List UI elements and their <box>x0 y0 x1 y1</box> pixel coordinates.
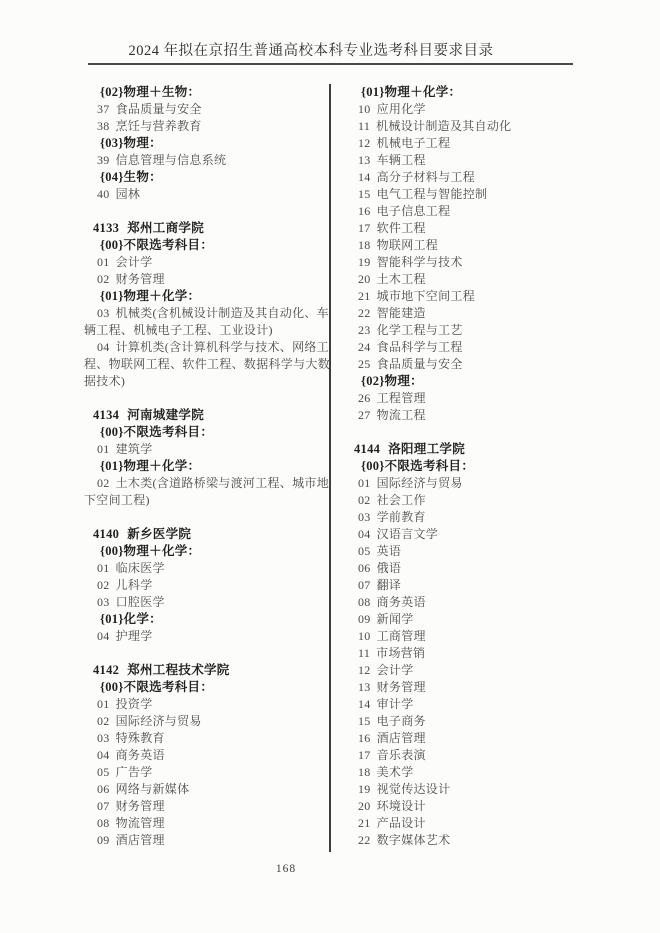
major-line: 01临床医学 <box>84 560 330 577</box>
major-line: 13车辆工程 <box>345 152 573 169</box>
major-line: 03口腔医学 <box>84 594 330 611</box>
major-name: 财务管理 <box>116 799 165 813</box>
major-code: 01 <box>358 476 371 490</box>
major-code: 02 <box>97 272 110 286</box>
major-code: 21 <box>358 289 371 303</box>
major-line: 15电子商务 <box>345 713 573 730</box>
major-code: 04 <box>97 629 110 643</box>
major-code: 40 <box>97 187 110 201</box>
subject-requirement-header: {03}物理： <box>84 135 330 152</box>
major-code: 08 <box>358 595 371 609</box>
major-line: 18美术学 <box>345 764 573 781</box>
major-line: 20环境设计 <box>345 798 573 815</box>
right-column: {01}物理＋化学：10应用化学11机械设计制造及其自动化12机械电子工程13车… <box>345 84 573 849</box>
major-line: 02财务管理 <box>84 271 330 288</box>
major-line: 22数字媒体艺术 <box>345 832 573 849</box>
university-name: 郑州工程技术学院 <box>127 663 229 677</box>
major-line: 05英语 <box>345 543 573 560</box>
major-code: 11 <box>358 646 370 660</box>
major-code: 10 <box>358 102 371 116</box>
major-line: 25食品质量与安全 <box>345 356 573 373</box>
major-code: 18 <box>358 765 371 779</box>
major-name: 物流管理 <box>116 816 165 830</box>
subject-requirement-header: {00}不限选考科目： <box>84 679 330 696</box>
major-name: 会计学 <box>377 663 414 677</box>
major-line: 21产品设计 <box>345 815 573 832</box>
major-code: 04 <box>97 340 110 354</box>
subject-requirement-header: {01}物理＋化学： <box>84 288 330 305</box>
major-name: 土木工程 <box>377 272 426 286</box>
major-line: 04护理学 <box>84 628 330 645</box>
major-line: 01投资学 <box>84 696 330 713</box>
major-line: 07财务管理 <box>84 798 330 815</box>
major-name: 儿科学 <box>116 578 153 592</box>
major-name: 机械电子工程 <box>377 136 451 150</box>
major-code: 04 <box>358 527 371 541</box>
major-name: 财务管理 <box>377 680 426 694</box>
university-header: 4134河南城建学院 <box>84 407 330 424</box>
major-name: 食品质量与安全 <box>116 102 202 116</box>
major-code: 12 <box>358 663 371 677</box>
major-code: 09 <box>358 612 371 626</box>
major-code: 01 <box>97 561 110 575</box>
major-code: 14 <box>358 697 371 711</box>
major-code: 39 <box>97 153 110 167</box>
major-name: 酒店管理 <box>116 833 165 847</box>
major-code: 05 <box>97 765 110 779</box>
major-name: 汉语言文学 <box>377 527 439 541</box>
major-line: 37食品质量与安全 <box>84 101 330 118</box>
major-line: 15电气工程与智能控制 <box>345 186 573 203</box>
major-line: 39信息管理与信息系统 <box>84 152 330 169</box>
major-code: 01 <box>97 697 110 711</box>
major-name: 电子商务 <box>377 714 426 728</box>
major-code: 02 <box>97 476 110 490</box>
university-code: 4133 <box>93 221 119 235</box>
subject-requirement-header: {00}不限选考科目： <box>345 458 573 475</box>
major-code: 13 <box>358 680 371 694</box>
major-line: 24食品科学与工程 <box>345 339 573 356</box>
major-name: 机械设计制造及其自动化 <box>376 119 511 133</box>
university-code: 4140 <box>93 527 119 541</box>
major-name: 特殊教育 <box>116 731 165 745</box>
major-line: 07翻译 <box>345 577 573 594</box>
major-code: 03 <box>358 510 371 524</box>
major-name: 物联网工程 <box>377 238 439 252</box>
major-line: 14审计学 <box>345 696 573 713</box>
major-line: 18物联网工程 <box>345 237 573 254</box>
major-name: 烹饪与营养教育 <box>116 119 202 133</box>
major-name: 口腔医学 <box>116 595 165 609</box>
major-code: 24 <box>358 340 371 354</box>
major-name: 信息管理与信息系统 <box>116 153 227 167</box>
university-header: 4144洛阳理工学院 <box>345 441 573 458</box>
major-code: 07 <box>358 578 371 592</box>
major-name: 视觉传达设计 <box>377 782 451 796</box>
major-line: 03机械类(含机械设计制造及其自动化、车辆工程、机械电子工程、工业设计) <box>84 305 330 339</box>
university-name: 洛阳理工学院 <box>388 442 465 456</box>
major-code: 23 <box>358 323 371 337</box>
major-line: 10工商管理 <box>345 628 573 645</box>
major-code: 02 <box>97 578 110 592</box>
major-line: 23化学工程与工艺 <box>345 322 573 339</box>
major-code: 14 <box>358 170 371 184</box>
major-code: 08 <box>97 816 110 830</box>
major-code: 06 <box>358 561 371 575</box>
major-code: 27 <box>358 408 371 422</box>
page-title: 2024 年拟在京招生普通高校本科专业选考科目要求目录 <box>0 39 622 60</box>
subject-requirement-header: {01}物理＋化学： <box>345 84 573 101</box>
major-code: 26 <box>358 391 371 405</box>
university-name: 河南城建学院 <box>127 408 204 422</box>
major-name: 电子信息工程 <box>377 204 451 218</box>
major-code: 06 <box>97 782 110 796</box>
major-name: 投资学 <box>116 697 153 711</box>
major-code: 15 <box>358 714 371 728</box>
major-line: 20土木工程 <box>345 271 573 288</box>
major-name: 临床医学 <box>116 561 165 575</box>
major-code: 22 <box>358 306 371 320</box>
major-line: 17软件工程 <box>345 220 573 237</box>
major-name: 美术学 <box>377 765 414 779</box>
major-line: 03特殊教育 <box>84 730 330 747</box>
major-code: 20 <box>358 272 371 286</box>
major-name: 护理学 <box>116 629 153 643</box>
major-name: 计算机类(含计算机科学与技术、网络工程、物联网工程、软件工程、数据科学与大数据技… <box>84 340 330 388</box>
major-code: 10 <box>358 629 371 643</box>
major-line: 12机械电子工程 <box>345 135 573 152</box>
major-line: 11机械设计制造及其自动化 <box>345 118 573 135</box>
major-name: 商务英语 <box>116 748 165 762</box>
major-code: 16 <box>358 731 371 745</box>
major-name: 产品设计 <box>377 816 426 830</box>
major-name: 市场营销 <box>376 646 425 660</box>
major-line: 11市场营销 <box>345 645 573 662</box>
major-name: 食品科学与工程 <box>377 340 463 354</box>
subject-requirement-header: {00}物理＋化学： <box>84 543 330 560</box>
major-name: 电气工程与智能控制 <box>377 187 488 201</box>
major-line: 10应用化学 <box>345 101 573 118</box>
major-name: 物流工程 <box>377 408 426 422</box>
major-name: 环境设计 <box>377 799 426 813</box>
major-code: 01 <box>97 442 110 456</box>
subject-requirement-header: {00}不限选考科目： <box>84 237 330 254</box>
university-header: 4140新乡医学院 <box>84 526 330 543</box>
major-code: 11 <box>358 119 370 133</box>
major-code: 02 <box>358 493 371 507</box>
major-name: 俄语 <box>377 561 402 575</box>
major-line: 26工程管理 <box>345 390 573 407</box>
major-line: 04商务英语 <box>84 747 330 764</box>
major-line: 16酒店管理 <box>345 730 573 747</box>
major-name: 工程管理 <box>377 391 426 405</box>
major-name: 酒店管理 <box>377 731 426 745</box>
major-name: 社会工作 <box>377 493 426 507</box>
major-name: 高分子材料与工程 <box>377 170 475 184</box>
major-line: 05广告学 <box>84 764 330 781</box>
major-name: 会计学 <box>116 255 153 269</box>
major-line: 04汉语言文学 <box>345 526 573 543</box>
major-name: 食品质量与安全 <box>377 357 463 371</box>
major-name: 学前教育 <box>377 510 426 524</box>
major-code: 17 <box>358 748 371 762</box>
major-line: 14高分子材料与工程 <box>345 169 573 186</box>
major-name: 财务管理 <box>116 272 165 286</box>
major-line: 08物流管理 <box>84 815 330 832</box>
major-name: 软件工程 <box>377 221 426 235</box>
major-name: 商务英语 <box>377 595 426 609</box>
major-line: 22智能建造 <box>345 305 573 322</box>
major-line: 01会计学 <box>84 254 330 271</box>
university-code: 4144 <box>354 442 380 456</box>
university-name: 郑州工商学院 <box>127 221 204 235</box>
major-name: 车辆工程 <box>377 153 426 167</box>
major-line: 19视觉传达设计 <box>345 781 573 798</box>
major-name: 网络与新媒体 <box>116 782 190 796</box>
major-code: 22 <box>358 833 371 847</box>
university-name: 新乡医学院 <box>127 527 191 541</box>
major-code: 07 <box>97 799 110 813</box>
major-name: 新闻学 <box>377 612 414 626</box>
major-name: 智能建造 <box>377 306 426 320</box>
major-code: 21 <box>358 816 371 830</box>
major-name: 土木类(含道路桥梁与渡河工程、城市地下空间工程) <box>84 476 329 507</box>
major-name: 应用化学 <box>377 102 426 116</box>
subject-requirement-header: {02}物理： <box>345 373 573 390</box>
major-line: 38烹饪与营养教育 <box>84 118 330 135</box>
major-line: 02儿科学 <box>84 577 330 594</box>
major-line: 12会计学 <box>345 662 573 679</box>
major-name: 机械类(含机械设计制造及其自动化、车辆工程、机械电子工程、工业设计) <box>84 306 329 337</box>
major-code: 18 <box>358 238 371 252</box>
major-line: 17音乐表演 <box>345 747 573 764</box>
left-column: {02}物理＋生物：37食品质量与安全38烹饪与营养教育{03}物理：39信息管… <box>84 84 330 849</box>
major-code: 01 <box>97 255 110 269</box>
major-code: 17 <box>358 221 371 235</box>
major-line: 03学前教育 <box>345 509 573 526</box>
university-code: 4134 <box>93 408 119 422</box>
university-header: 4142郑州工程技术学院 <box>84 662 330 679</box>
university-header: 4133郑州工商学院 <box>84 220 330 237</box>
major-code: 37 <box>97 102 110 116</box>
major-line: 06网络与新媒体 <box>84 781 330 798</box>
major-line: 21城市地下空间工程 <box>345 288 573 305</box>
major-line: 02土木类(含道路桥梁与渡河工程、城市地下空间工程) <box>84 475 330 509</box>
major-code: 19 <box>358 255 371 269</box>
major-name: 审计学 <box>377 697 414 711</box>
major-line: 04计算机类(含计算机科学与技术、网络工程、物联网工程、软件工程、数据科学与大数… <box>84 339 330 390</box>
major-code: 05 <box>358 544 371 558</box>
major-line: 01国际经济与贸易 <box>345 475 573 492</box>
title-rule <box>88 63 573 65</box>
major-name: 园林 <box>116 187 141 201</box>
major-code: 16 <box>358 204 371 218</box>
major-name: 建筑学 <box>116 442 153 456</box>
major-name: 城市地下空间工程 <box>377 289 475 303</box>
major-code: 19 <box>358 782 371 796</box>
major-code: 03 <box>97 306 110 320</box>
document-page: 2024 年拟在京招生普通高校本科专业选考科目要求目录 {02}物理＋生物：37… <box>0 0 660 933</box>
university-code: 4142 <box>93 663 119 677</box>
major-name: 音乐表演 <box>377 748 426 762</box>
subject-requirement-header: {04}生物： <box>84 169 330 186</box>
major-line: 06俄语 <box>345 560 573 577</box>
major-code: 20 <box>358 799 371 813</box>
subject-requirement-header: {01}化学： <box>84 611 330 628</box>
subject-requirement-header: {00}不限选考科目： <box>84 424 330 441</box>
major-name: 智能科学与技术 <box>377 255 463 269</box>
major-name: 广告学 <box>116 765 153 779</box>
major-code: 03 <box>97 731 110 745</box>
page-number: 168 <box>262 863 310 875</box>
major-code: 38 <box>97 119 110 133</box>
subject-requirement-header: {02}物理＋生物： <box>84 84 330 101</box>
major-line: 09酒店管理 <box>84 832 330 849</box>
major-code: 09 <box>97 833 110 847</box>
major-line: 16电子信息工程 <box>345 203 573 220</box>
major-code: 15 <box>358 187 371 201</box>
major-code: 13 <box>358 153 371 167</box>
major-line: 02社会工作 <box>345 492 573 509</box>
major-code: 12 <box>358 136 371 150</box>
major-line: 08商务英语 <box>345 594 573 611</box>
major-name: 数字媒体艺术 <box>377 833 451 847</box>
subject-requirement-header: {01}物理＋化学： <box>84 458 330 475</box>
major-code: 02 <box>97 714 110 728</box>
major-line: 40园林 <box>84 186 330 203</box>
major-code: 03 <box>97 595 110 609</box>
major-line: 09新闻学 <box>345 611 573 628</box>
major-name: 化学工程与工艺 <box>377 323 463 337</box>
major-name: 国际经济与贸易 <box>116 714 202 728</box>
major-name: 工商管理 <box>377 629 426 643</box>
major-line: 27物流工程 <box>345 407 573 424</box>
major-name: 翻译 <box>377 578 402 592</box>
major-code: 04 <box>97 748 110 762</box>
major-name: 英语 <box>377 544 402 558</box>
major-line: 19智能科学与技术 <box>345 254 573 271</box>
major-line: 01建筑学 <box>84 441 330 458</box>
major-code: 25 <box>358 357 371 371</box>
major-name: 国际经济与贸易 <box>377 476 463 490</box>
major-line: 02国际经济与贸易 <box>84 713 330 730</box>
major-line: 13财务管理 <box>345 679 573 696</box>
